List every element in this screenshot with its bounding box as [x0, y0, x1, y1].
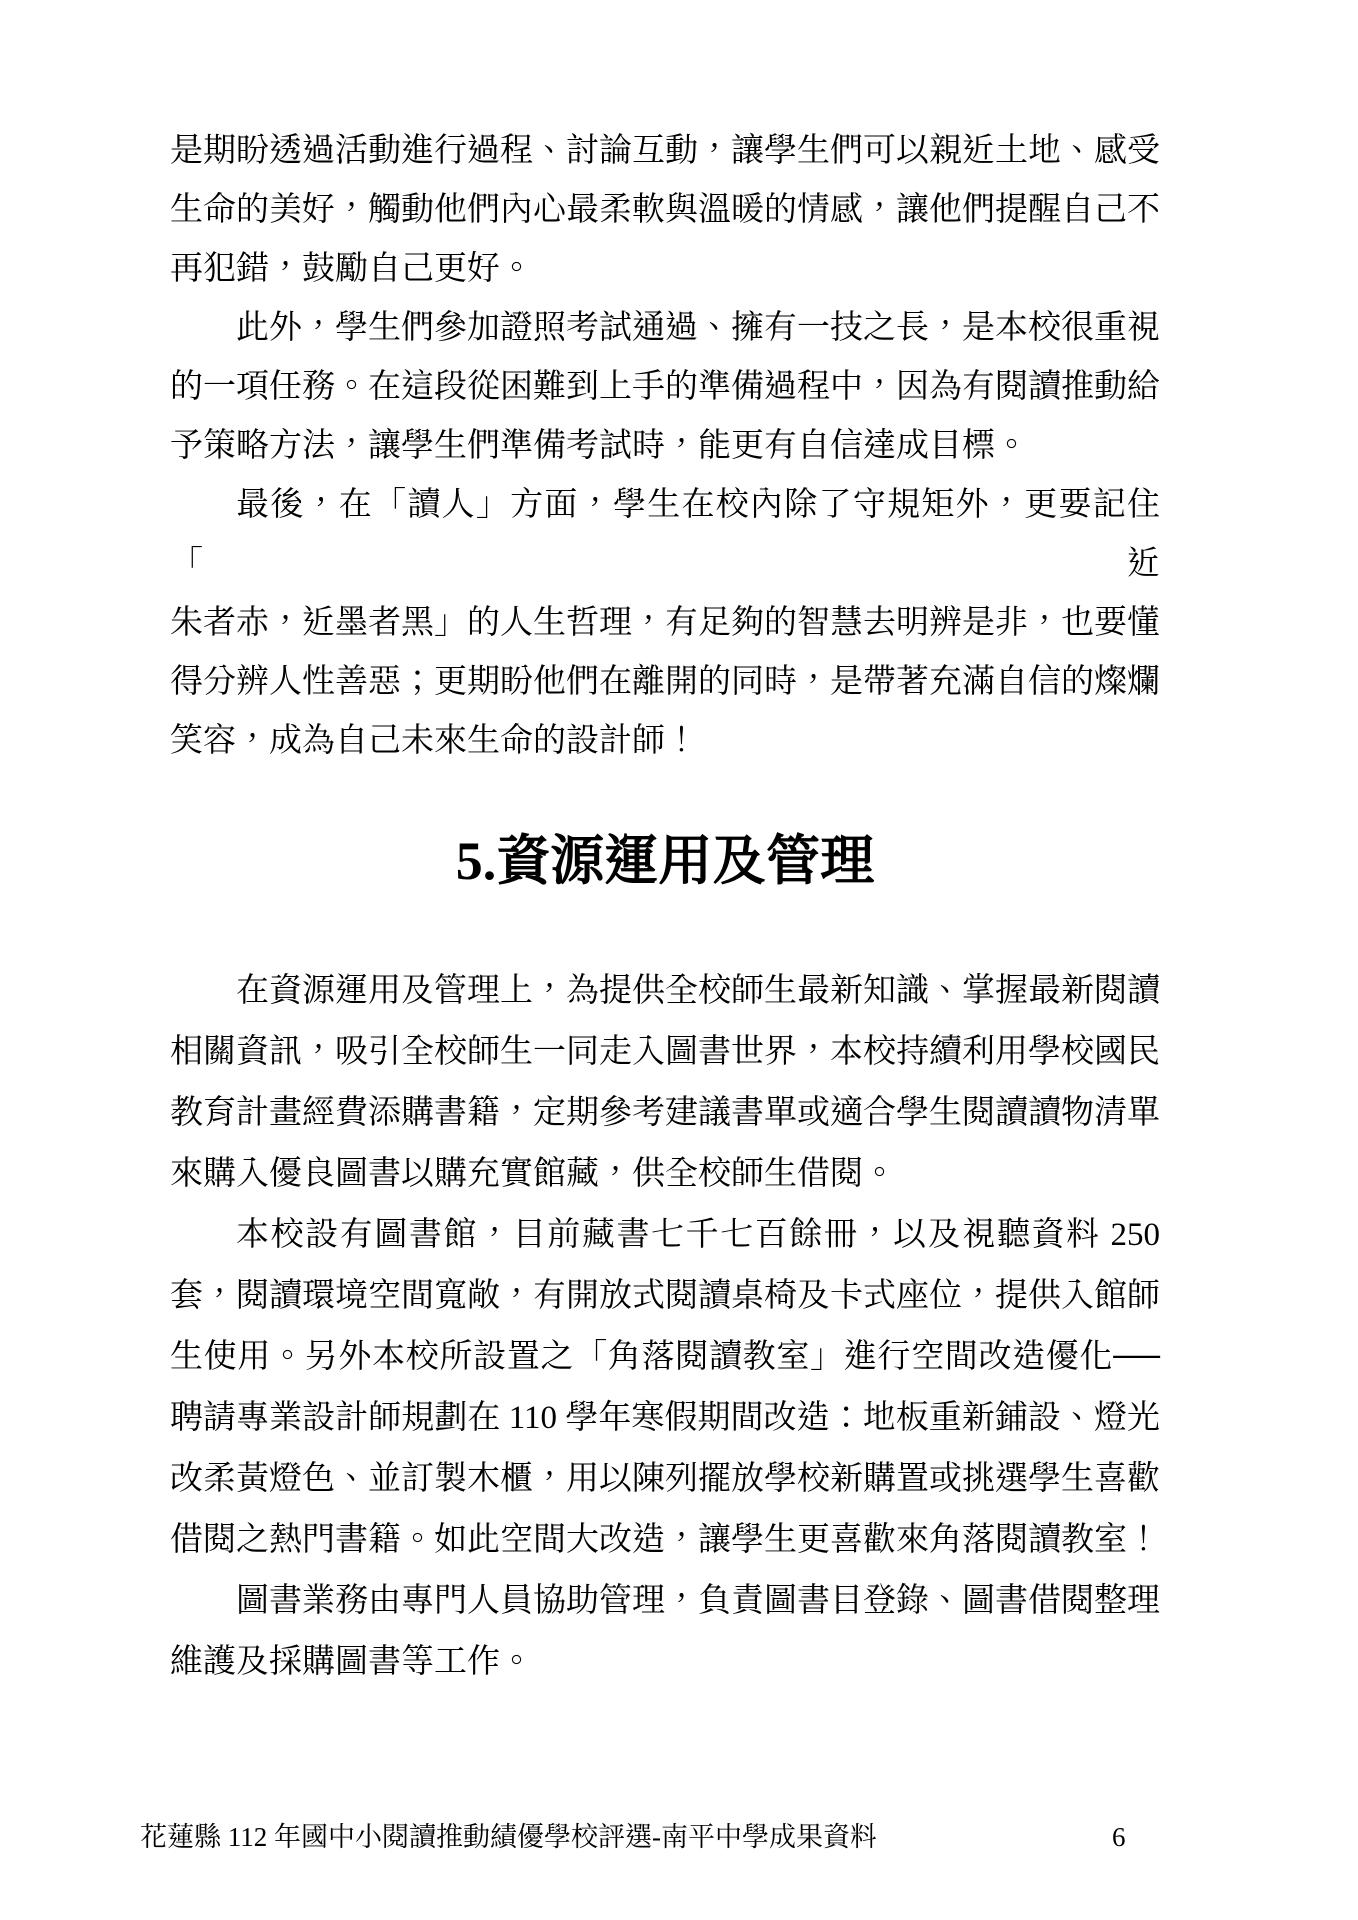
text-line: 的一項任務。在這段從困難到上手的準備過程中，因為有閱讀推動給: [170, 358, 1160, 417]
text-line: 再犯錯，鼓勵自己更好。: [170, 240, 1160, 299]
text-line: 是期盼透過活動進行過程、討論互動，讓學生們可以親近土地、感受: [170, 122, 1160, 181]
text-line: 生命的美好，觸動他們內心最柔軟與溫暖的情感，讓他們提醒自己不: [170, 181, 1160, 240]
text-line: 得分辨人性善惡；更期盼他們在離開的同時，是帶著充滿自信的燦爛: [170, 653, 1160, 712]
text-line: 予策略方法，讓學生們準備考試時，能更有自信達成目標。: [170, 417, 1160, 476]
body-paragraph: 圖書業務由專門人員協助管理，負責圖書目登錄、圖書借閱整理維護及採購圖書等工作。: [170, 1571, 1160, 1693]
intro-section: 是期盼透過活動進行過程、討論互動，讓學生們可以親近土地、感受生命的美好，觸動他們…: [170, 122, 1160, 771]
document-page: 是期盼透過活動進行過程、討論互動，讓學生們可以親近土地、感受生命的美好，觸動他們…: [0, 0, 1358, 1920]
text-line: 維護及採購圖書等工作。: [170, 1632, 1160, 1693]
text-line: 本校設有圖書館，目前藏書七千七百餘冊，以及視聽資料 250: [170, 1205, 1160, 1266]
text-line: 來購入優良圖書以購充實館藏，供全校師生借閱。: [170, 1144, 1160, 1205]
page-number: 6: [1112, 1820, 1126, 1854]
text-line: 教育計畫經費添購書籍，定期參考建議書單或適合學生閱讀讀物清單: [170, 1083, 1160, 1144]
text-line: 此外，學生們參加證照考試通過、擁有一技之長，是本校很重視: [170, 299, 1160, 358]
body-paragraph: 是期盼透過活動進行過程、討論互動，讓學生們可以親近土地、感受生命的美好，觸動他們…: [170, 122, 1160, 299]
text-line: 生使用。另外本校所設置之「角落閱讀教室」進行空間改造優化──: [170, 1327, 1160, 1388]
text-line: 在資源運用及管理上，為提供全校師生最新知識、掌握最新閱讀: [170, 961, 1160, 1022]
body-paragraph: 本校設有圖書館，目前藏書七千七百餘冊，以及視聽資料 250套，閱讀環境空間寬敞，…: [170, 1205, 1160, 1571]
text-line: 最後，在「讀人」方面，學生在校內除了守規矩外，更要記住「近: [170, 476, 1160, 594]
text-line: 圖書業務由專門人員協助管理，負責圖書目登錄、圖書借閱整理: [170, 1571, 1160, 1632]
text-line: 相關資訊，吸引全校師生一同走入圖書世界，本校持續利用學校國民: [170, 1022, 1160, 1083]
footer-text: 花蓮縣 112 年國中小閱讀推動績優學校評選-南平中學成果資料: [140, 1820, 877, 1854]
text-line: 套，閱讀環境空間寬敞，有開放式閱讀桌椅及卡式座位，提供入館師: [170, 1266, 1160, 1327]
page-content: 是期盼透過活動進行過程、討論互動，讓學生們可以親近土地、感受生命的美好，觸動他們…: [170, 122, 1160, 1693]
resources-section: 在資源運用及管理上，為提供全校師生最新知識、掌握最新閱讀相關資訊，吸引全校師生一…: [170, 961, 1160, 1693]
text-line: 笑容，成為自己未來生命的設計師！: [170, 712, 1160, 771]
text-line: 改柔黃燈色、並訂製木櫃，用以陳列擺放學校新購置或挑選學生喜歡: [170, 1449, 1160, 1510]
text-line: 聘請專業設計師規劃在 110 學年寒假期間改造：地板重新鋪設、燈光: [170, 1388, 1160, 1449]
text-line: 借閱之熱門書籍。如此空間大改造，讓學生更喜歡來角落閱讀教室！: [170, 1510, 1160, 1571]
text-line: 朱者赤，近墨者黑」的人生哲理，有足夠的智慧去明辨是非，也要懂: [170, 594, 1160, 653]
body-paragraph: 在資源運用及管理上，為提供全校師生最新知識、掌握最新閱讀相關資訊，吸引全校師生一…: [170, 961, 1160, 1205]
body-paragraph: 此外，學生們參加證照考試通過、擁有一技之長，是本校很重視的一項任務。在這段從困難…: [170, 299, 1160, 476]
body-paragraph: 最後，在「讀人」方面，學生在校內除了守規矩外，更要記住「近朱者赤，近墨者黑」的人…: [170, 476, 1160, 771]
section-heading: 5.資源運用及管理: [170, 817, 1160, 905]
